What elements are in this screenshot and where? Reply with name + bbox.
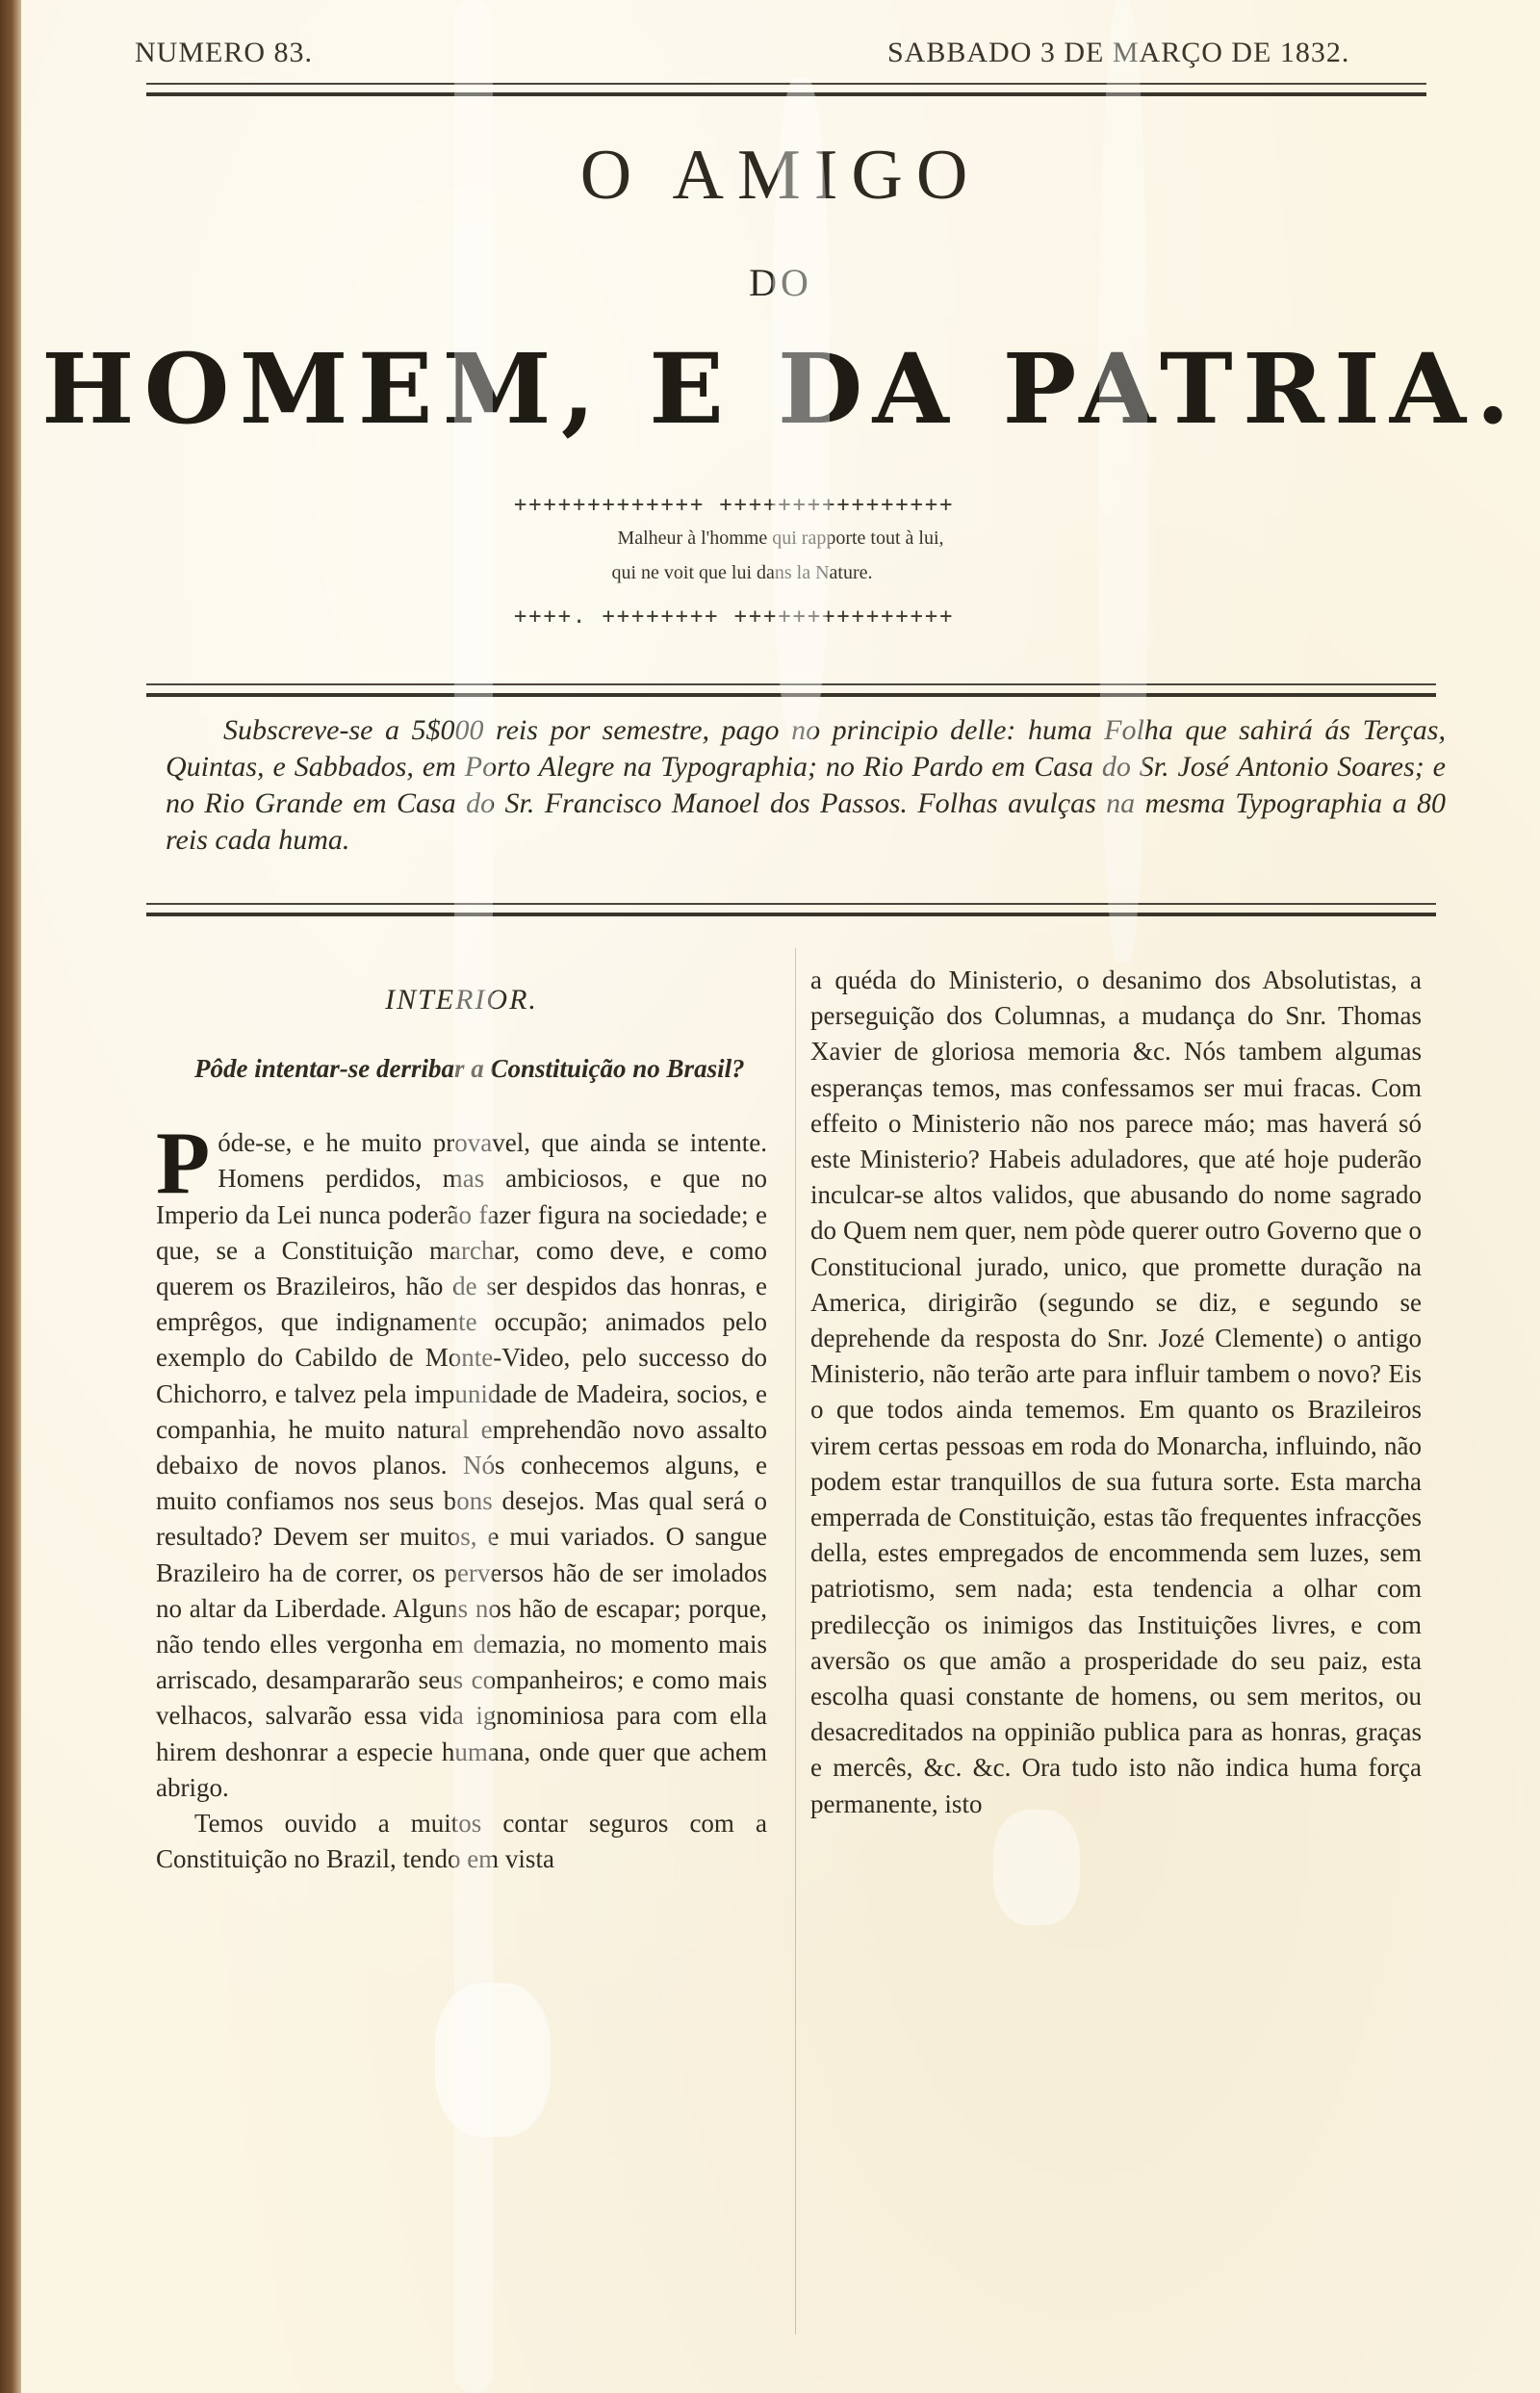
drop-cap: P — [156, 1125, 218, 1196]
article-paragraph-2: Temos ouvido a muitos contar seguros com… — [156, 1806, 767, 1877]
subscription-rule-bottom — [146, 903, 1436, 916]
subscription-rule-top — [146, 683, 1436, 697]
epigraph-line-2: qui ne voit que lui dans la Nature. — [0, 562, 1501, 584]
article-right-column: a quéda do Ministerio, o desanimo dos Ab… — [810, 963, 1422, 1822]
paper-hole-stain — [993, 1810, 1080, 1925]
masthead-title-line-2: DO — [21, 260, 1540, 305]
issue-number: NUMERO 83. — [135, 37, 313, 69]
article-left-column: INTERIOR. Pôde intentar-se derribar a Co… — [156, 963, 767, 1877]
masthead-title-line-1: O AMIGO — [21, 135, 1540, 217]
issue-date: SABBADO 3 DE MARÇO DE 1832. — [887, 37, 1349, 69]
ornament-rule-top: +++++++++++++ ++++++++++++++++ — [514, 493, 954, 517]
masthead-title-line-3: HOMEM, E DA PATRIA. — [6, 332, 1540, 446]
article-paragraph-continued: a quéda do Ministerio, o desanimo dos Ab… — [810, 963, 1422, 1822]
paragraph-text: óde-se, e he muito provavel, que ainda s… — [156, 1128, 767, 1802]
newspaper-page: NUMERO 83. SABBADO 3 DE MARÇO DE 1832. O… — [21, 0, 1540, 2393]
article-paragraph-1: P óde-se, e he muito provavel, que ainda… — [156, 1125, 767, 1806]
article-title: Pôde intentar-se derribar a Constituição… — [156, 1050, 767, 1087]
ornament-rule-bottom: ++++. ++++++++ +++++++++++++++ — [514, 605, 954, 629]
subscription-notice: Subscreve-se a 5$000 reis por semestre, … — [166, 712, 1446, 859]
epigraph-line-1: Malheur à l'homme qui rapporte tout à lu… — [21, 527, 1540, 550]
column-divider — [795, 948, 796, 2334]
paper-hole-stain — [435, 1983, 551, 2137]
section-heading: INTERIOR. — [156, 982, 767, 1017]
header-rule — [146, 83, 1426, 96]
